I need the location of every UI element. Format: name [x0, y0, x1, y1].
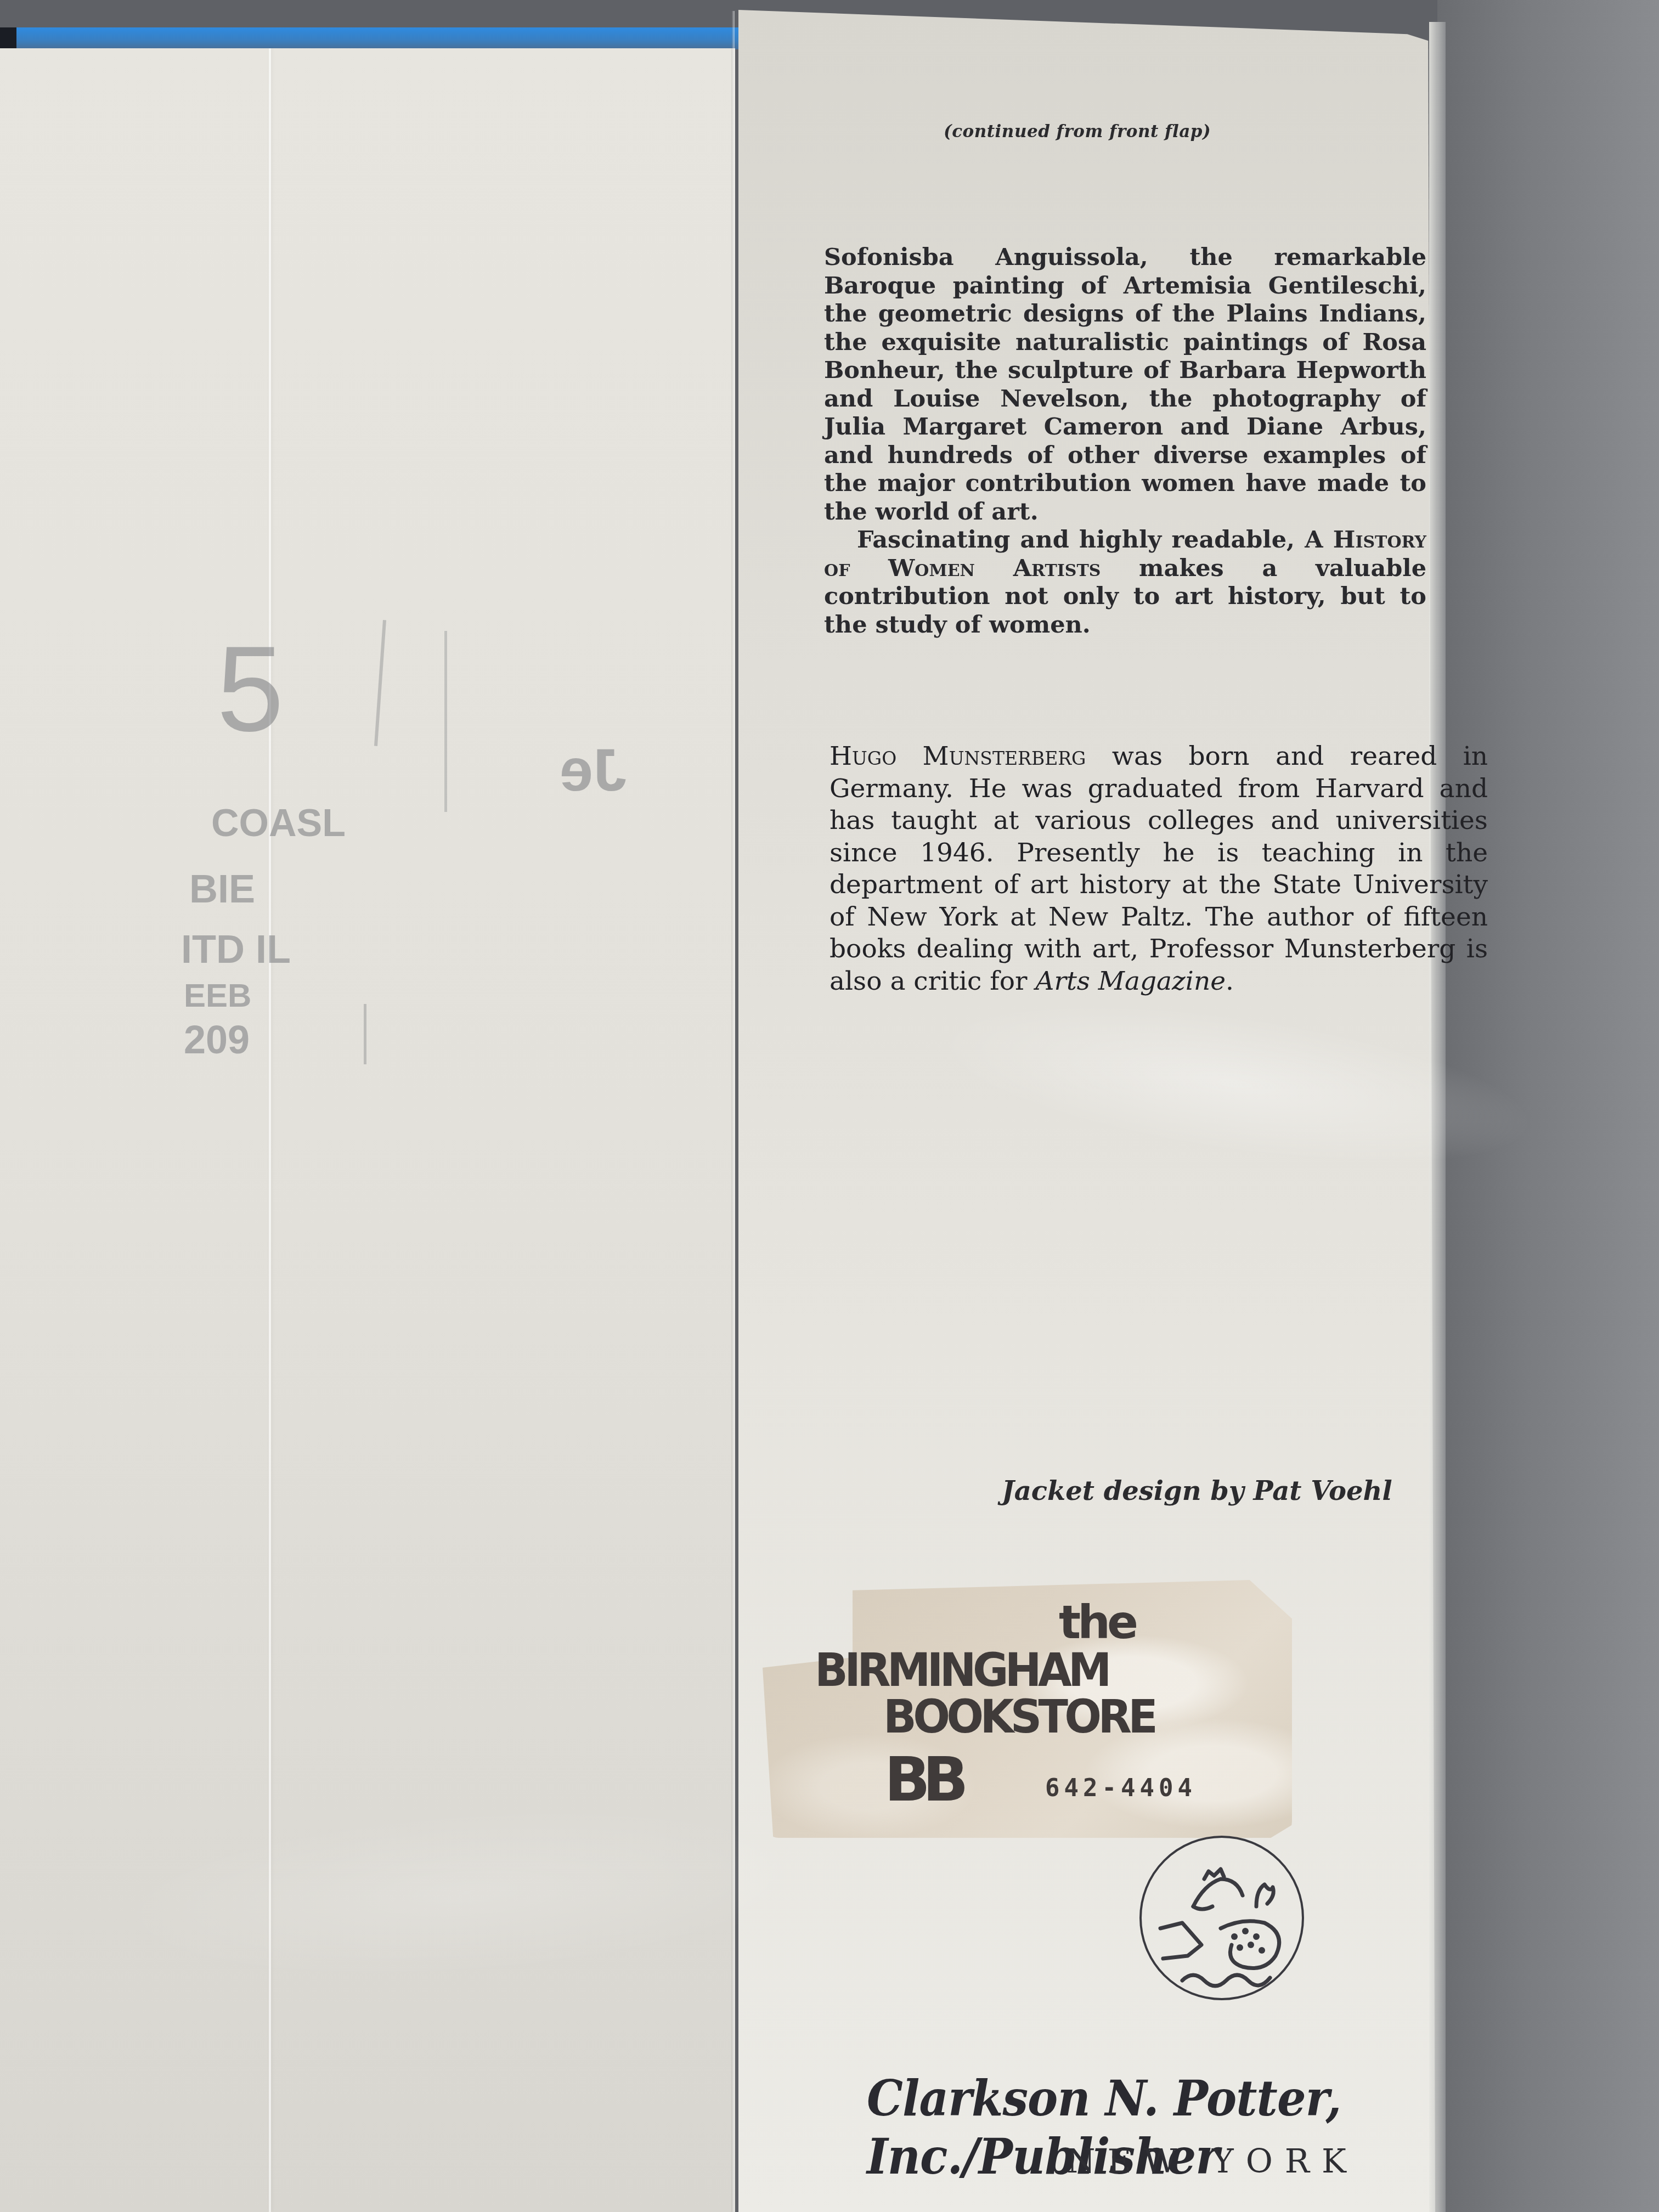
sticker-phone: 642-4404	[1045, 1774, 1197, 1802]
mylar-fold	[269, 48, 271, 2212]
author-bio: Hugo Munsterberg was born and reared in …	[830, 741, 1488, 997]
publisher-city: NEW YORK	[1066, 2142, 1358, 2181]
author-name: Hugo Munsterberg	[830, 741, 1086, 771]
bio-end: .	[1226, 966, 1234, 996]
flap-shadow	[1429, 22, 1446, 2212]
ghost-text: Je	[560, 735, 627, 805]
continued-label: (continued from front flap)	[944, 122, 1273, 142]
sticker-the: the	[1059, 1595, 1135, 1649]
ghost-text: EEB	[184, 977, 251, 1014]
sticker-bookstore: BOOKSTORE	[883, 1690, 1154, 1743]
backdrop	[1437, 0, 1659, 2212]
cover-blue-stripe	[16, 27, 741, 49]
ghost-text: 5	[217, 620, 284, 759]
description-paragraph-2: Fascinating and highly readable, A Histo…	[824, 526, 1426, 639]
sticker-birmingham: BIRMINGHAM	[815, 1643, 1108, 1697]
description: Sofonisba Anguissola, the remarkable Bar…	[824, 244, 1426, 639]
description-paragraph-1: Sofonisba Anguissola, the remarkable Bar…	[824, 244, 1426, 526]
description-prefix: Fascinating and highly readable,	[857, 526, 1305, 554]
sea-horse-colophon-icon	[1138, 1835, 1306, 2001]
ghost-mark	[444, 631, 447, 812]
magazine-name: Arts Magazine	[1035, 966, 1226, 996]
jacket-credit: Jacket design by Pat Voehl	[1002, 1476, 1392, 1506]
ghost-text: ITD IL	[181, 927, 291, 972]
back-cover-panel	[0, 48, 735, 2212]
ghost-text: COASL	[211, 801, 346, 845]
cover-edge-dark	[0, 27, 16, 49]
ghost-text: 209	[184, 1018, 250, 1063]
bookstore-logo-icon: BB	[884, 1745, 961, 1815]
ghost-text: BIE	[189, 867, 255, 912]
ghost-mark	[364, 1004, 366, 1064]
flap-edge	[731, 11, 735, 2212]
author-bio-text: was born and reared in Germany. He was g…	[830, 741, 1488, 996]
